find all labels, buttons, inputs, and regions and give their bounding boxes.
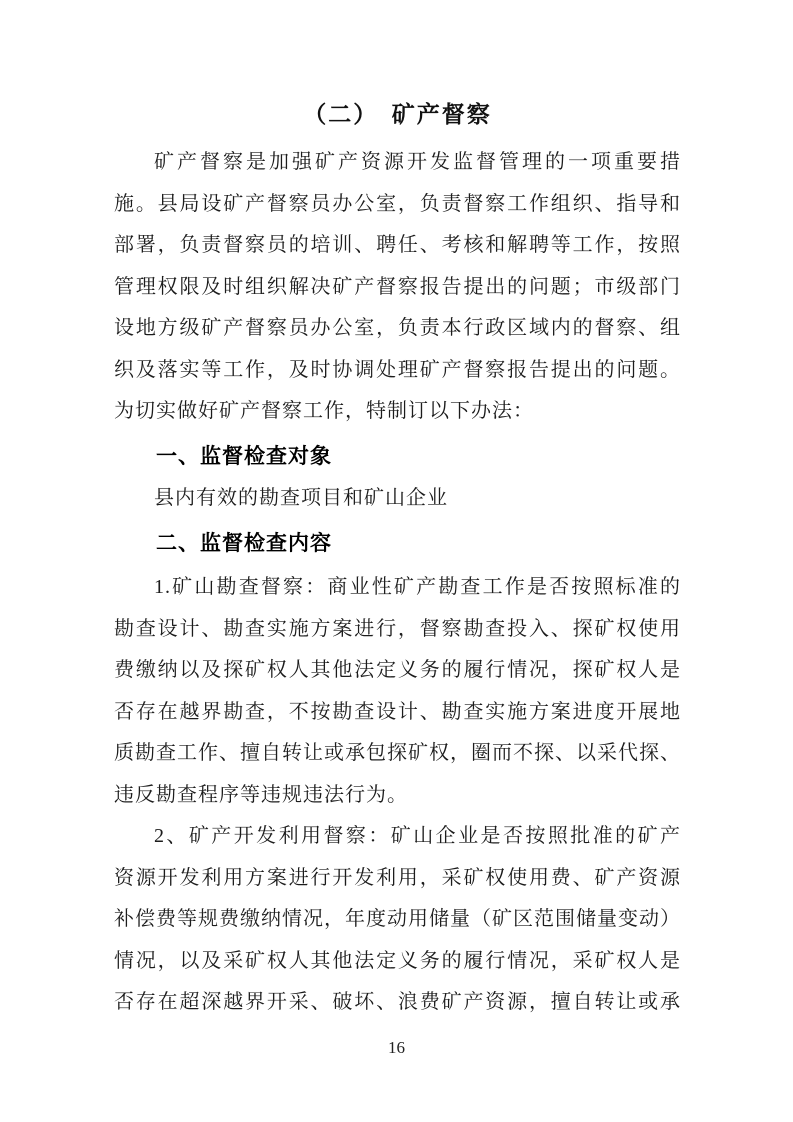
paragraph-line: 部署，负责督察员的培训、聘任、考核和解聘等工作，按照 xyxy=(114,225,681,267)
inspection-object-line: 县内有效的勘查项目和矿山企业 xyxy=(114,478,681,520)
text-block: （二） 矿产督察 矿产督察是加强矿产资源开发监督管理的一项重要措 施。县局设矿产… xyxy=(114,94,681,1024)
paragraph-line: 为切实做好矿产督察工作，特制订以下办法： xyxy=(114,391,681,433)
paragraph-line: 费缴纳以及探矿权人其他法定义务的履行情况，探矿权人是 xyxy=(114,650,681,692)
paragraph-3: 2、矿产开发利用督察：矿山企业是否按照批准的矿产 资源开发利用方案进行开发利用，… xyxy=(114,816,681,1024)
section-heading-2: 二、监督检查内容 xyxy=(114,522,681,565)
document-page: （二） 矿产督察 矿产督察是加强矿产资源开发监督管理的一项重要措 施。县局设矿产… xyxy=(0,0,793,1122)
paragraph-line: 情况，以及采矿权人其他法定义务的履行情况，采矿权人是 xyxy=(114,941,681,983)
paragraph-line: 1.矿山勘查督察：商业性矿产勘查工作是否按照标准的 xyxy=(114,567,681,609)
paragraph-line: 施。县局设矿产督察员办公室，负责督察工作组织、指导和 xyxy=(114,184,681,226)
paragraph-line: 2、矿产开发利用督察：矿山企业是否按照批准的矿产 xyxy=(114,816,681,858)
document-title: （二） 矿产督察 xyxy=(114,94,681,136)
paragraph-line: 管理权限及时组织解决矿产督察报告提出的问题；市级部门 xyxy=(114,267,681,309)
paragraph-line: 设地方级矿产督察员办公室，负责本行政区域内的督察、组 xyxy=(114,308,681,350)
paragraph-line: 否存在越界勘查，不按勘查设计、勘查实施方案进度开展地 xyxy=(114,692,681,734)
paragraph-line: 质勘查工作、擅自转让或承包探矿权，圈而不探、以采代探、 xyxy=(114,733,681,775)
section-heading-1: 一、监督检查对象 xyxy=(114,435,681,478)
paragraph-2: 1.矿山勘查督察：商业性矿产勘查工作是否按照标准的 勘查设计、勘查实施方案进行，… xyxy=(114,567,681,816)
paragraph-line: 织及落实等工作，及时协调处理矿产督察报告提出的问题。 xyxy=(114,350,681,392)
paragraph-line: 资源开发利用方案进行开发利用，采矿权使用费、矿产资源 xyxy=(114,858,681,900)
paragraph-1: 矿产督察是加强矿产资源开发监督管理的一项重要措 施。县局设矿产督察员办公室，负责… xyxy=(114,142,681,433)
paragraph-line: 否存在超深越界开采、破坏、浪费矿产资源，擅自转让或承 xyxy=(114,982,681,1024)
paragraph-line: 矿产督察是加强矿产资源开发监督管理的一项重要措 xyxy=(114,142,681,184)
paragraph-line: 勘查设计、勘查实施方案进行，督察勘查投入、探矿权使用 xyxy=(114,609,681,651)
paragraph-line: 违反勘查程序等违规违法行为。 xyxy=(114,775,681,817)
page-number: 16 xyxy=(0,1036,793,1060)
paragraph-line: 补偿费等规费缴纳情况，年度动用储量（矿区范围储量变动） xyxy=(114,899,681,941)
